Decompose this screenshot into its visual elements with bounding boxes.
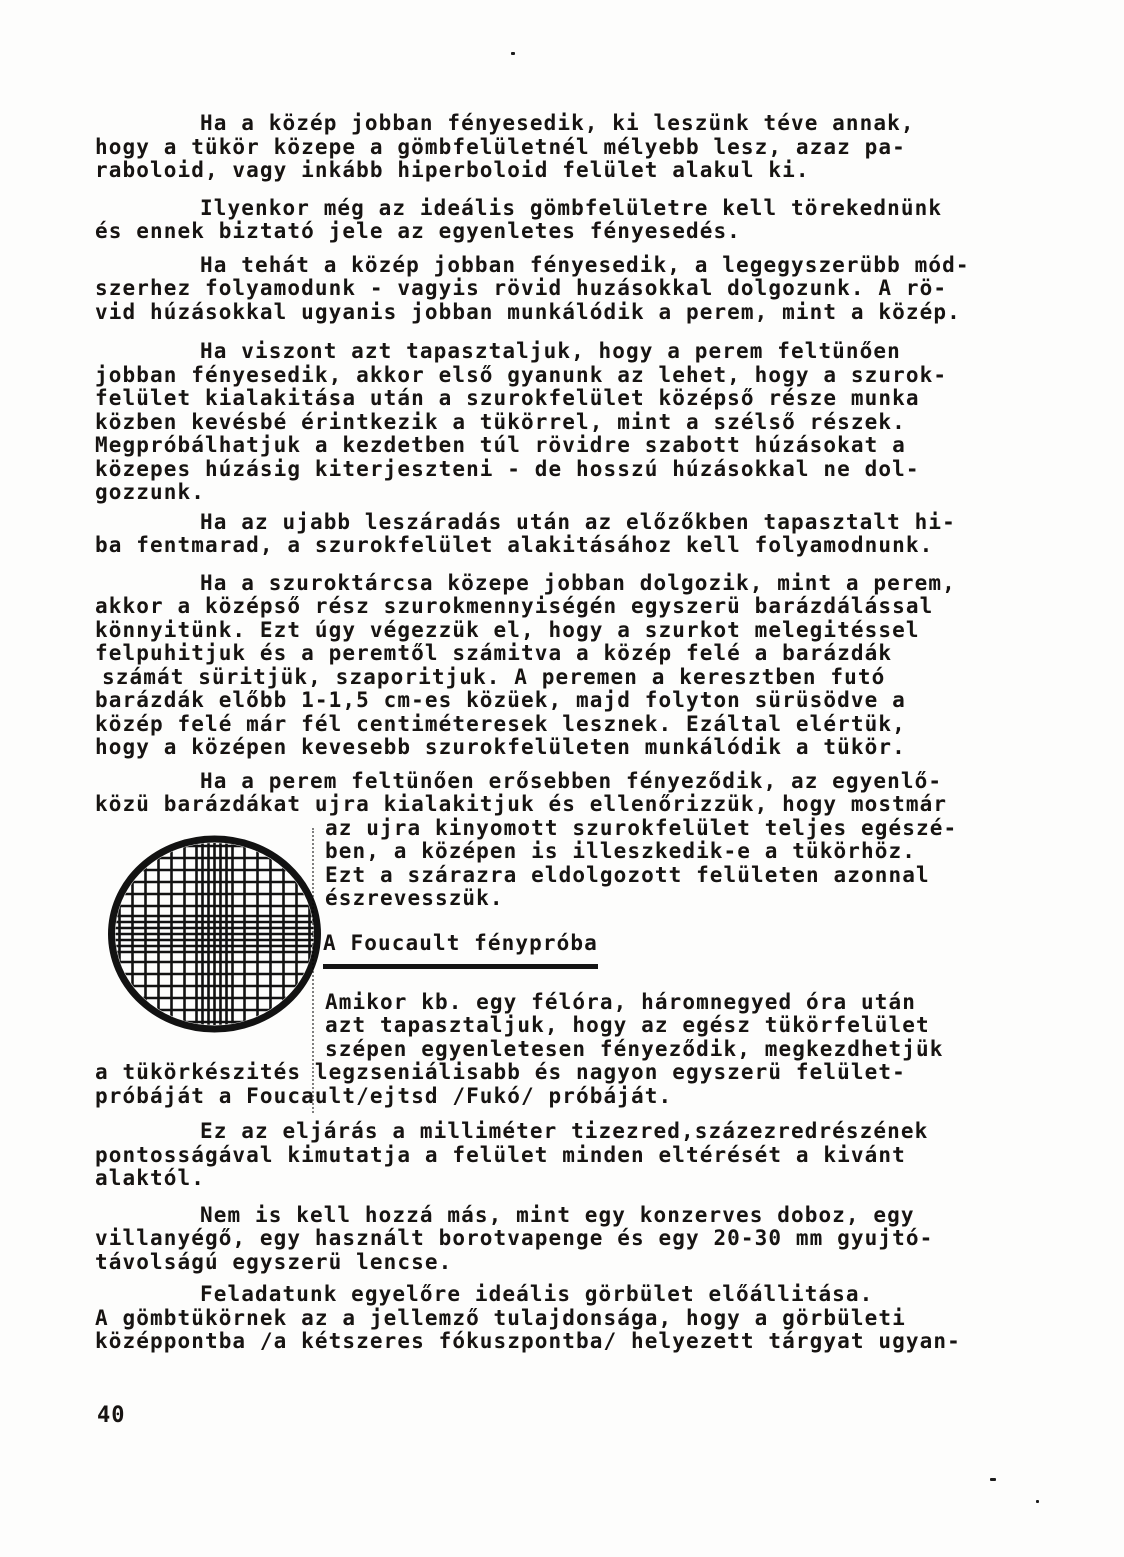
text-line: szépen egyenletesen fényeződik, megkezdh…	[95, 1038, 1060, 1062]
text-line: Nem is kell hozzá más, mint egy konzerve…	[95, 1204, 1060, 1228]
text-line: Ha tehát a közép jobban fényesedik, a le…	[95, 254, 1060, 278]
section-heading: A Foucault fénypróba	[323, 931, 1060, 969]
text-line: Ha a közép jobban fényesedik, ki leszünk…	[95, 112, 1060, 136]
text-line: vid húzásokkal ugyanis jobban munkálódik…	[95, 301, 1060, 325]
text-line: Megpróbálhatjuk a kezdetben túl rövidre …	[95, 434, 1060, 458]
text-line: Ha az ujabb leszáradás után az előzőkben…	[95, 511, 1060, 535]
text-line: alaktól.	[95, 1167, 1060, 1191]
text-line: akkor a középső rész szurokmennyiségén e…	[95, 595, 1060, 619]
text-line: közü barázdákat ujra kialakitjuk és elle…	[95, 793, 1060, 817]
paragraph-11: Feladatunk egyelőre ideális görbület elő…	[95, 1283, 1060, 1354]
paragraph-2: Ilyenkor még az ideális gömbfelületre ke…	[95, 197, 1060, 244]
scan-speck	[511, 52, 515, 55]
text-line: villanyégő, egy használt borotvapenge és…	[95, 1227, 1060, 1251]
document-body: Ha a közép jobban fényesedik, ki leszünk…	[95, 112, 1060, 1354]
text-line: és ennek biztató jele az egyenletes fény…	[95, 220, 1060, 244]
text-line: hogy a középen kevesebb szurokfelületen …	[95, 736, 1060, 760]
text-line: hogy a tükör közepe a gömbfelületnél mél…	[95, 136, 1060, 160]
scan-speck	[990, 1478, 996, 1481]
text-line: középpontba /a kétszeres fókuszpontba/ h…	[95, 1330, 1060, 1354]
paragraph-3: Ha tehát a közép jobban fényesedik, a le…	[95, 254, 1060, 325]
scan-fold-line	[312, 828, 314, 1113]
text-line: Ez az eljárás a milliméter tizezred,száz…	[95, 1120, 1060, 1144]
text-line: közép felé már fél centiméteresek leszne…	[95, 713, 1060, 737]
text-line: Ha viszont azt tapasztaljuk, hogy a pere…	[95, 340, 1060, 364]
text-line: a tükörkészités legzseniálisabb és nagyo…	[95, 1061, 1060, 1085]
text-line: gozzunk.	[95, 481, 1060, 505]
text-line: barázdák előbb 1-1,5 cm-es közüek, majd …	[95, 689, 1060, 713]
text-line: távolságú egyszerü lencse.	[95, 1251, 1060, 1275]
text-line: raboloid, vagy inkább hiperboloid felüle…	[95, 159, 1060, 183]
section-heading-text: A Foucault fénypróba	[323, 931, 598, 969]
text-line: Ha a perem feltünően erősebben fényeződi…	[95, 770, 1060, 794]
text-line: Feladatunk egyelőre ideális görbület elő…	[95, 1283, 1060, 1307]
text-line: felpuhitjuk és a peremtől számitva a köz…	[95, 642, 1060, 666]
text-line: könnyitünk. Ezt úgy végezzük el, hogy a …	[95, 619, 1060, 643]
text-line: próbáját a Foucault/ejtsd /Fukó/ próbájá…	[95, 1085, 1060, 1109]
pitch-lap-grid-drawing	[107, 835, 322, 1033]
text-line: felület kialakitása után a szurokfelület…	[95, 387, 1060, 411]
text-line: pontosságával kimutatja a felület minden…	[95, 1144, 1060, 1168]
text-line: Ha a szuroktárcsa közepe jobban dolgozik…	[95, 572, 1060, 596]
text-line: számát süritjük, szaporitjuk. A peremen …	[95, 666, 1060, 690]
text-line: ba fentmarad, a szurokfelület alakitásáh…	[95, 534, 1060, 558]
paragraph-5: Ha az ujabb leszáradás után az előzőkben…	[95, 511, 1060, 558]
paragraph-10: Nem is kell hozzá más, mint egy konzerve…	[95, 1204, 1060, 1275]
paragraph-9: Ez az eljárás a milliméter tizezred,száz…	[95, 1120, 1060, 1191]
text-line: jobban fényesedik, akkor első gyanunk az…	[95, 364, 1060, 388]
paragraph-1: Ha a közép jobban fényesedik, ki leszünk…	[95, 112, 1060, 183]
page-number: 40	[97, 1403, 126, 1428]
text-line: Ilyenkor még az ideális gömbfelületre ke…	[95, 197, 1060, 221]
pitch-lap-grid-figure	[107, 835, 322, 1033]
text-line: közepes húzásig kiterjeszteni - de hossz…	[95, 458, 1060, 482]
paragraph-4: Ha viszont azt tapasztaljuk, hogy a pere…	[95, 340, 1060, 505]
text-line: szerhez folyamodunk - vagyis rövid huzás…	[95, 277, 1060, 301]
paragraph-6: Ha a szuroktárcsa közepe jobban dolgozik…	[95, 572, 1060, 760]
scanned-page: Ha a közép jobban fényesedik, ki leszünk…	[0, 0, 1124, 1557]
text-line: A gömbtükörnek az a jellemző tulajdonság…	[95, 1307, 1060, 1331]
scan-speck	[1036, 1500, 1039, 1503]
text-line: közben kevésbé érintkezik a tükörrel, mi…	[95, 411, 1060, 435]
